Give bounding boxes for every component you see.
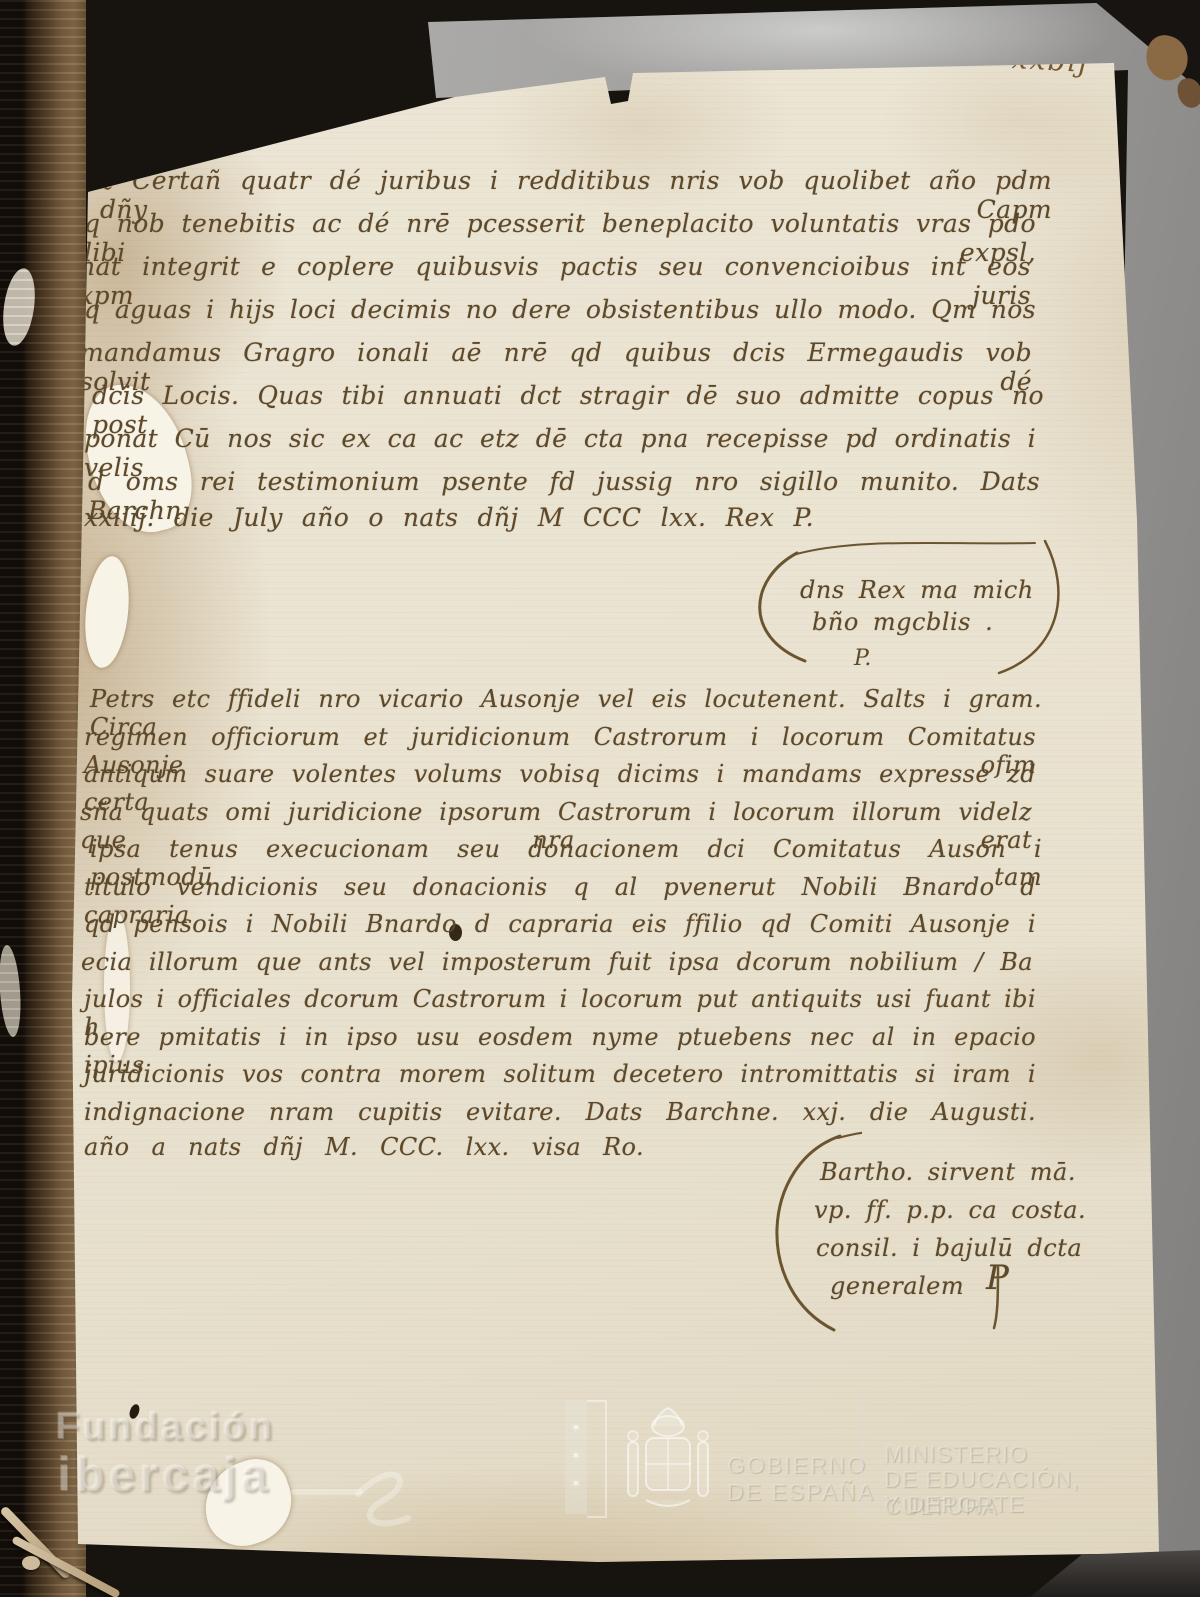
signature-flourish-icon [752,1122,862,1342]
flag-stars-icon: ✶ ✶ ✶ [566,1414,586,1498]
clerk-signature-line: vp. ff. p.p. ca costa. [814,1196,1086,1224]
paragraph-mark: P. [854,646,871,671]
bottom-right-shadow [1030,1550,1200,1597]
paper-loss [80,554,133,670]
ministry-watermark-line3: Y DEPORTE [884,1491,1025,1518]
clerk-signature-line: consil. i bajulū dcta [816,1234,1082,1262]
ibercaja-watermark-line1: Fundación [56,1406,275,1449]
government-watermark-line2: DE ESPAÑA [727,1479,875,1506]
manuscript-line: qd pensois i Nobili Bnardo d capraria ei… [84,910,1036,938]
book-spine [0,0,86,1597]
paraph-flourish-icon [980,1262,1020,1332]
manuscript-line: juridicionis vos contra morem solitum de… [84,1060,1036,1088]
ibercaja-logo-icon [288,1448,418,1528]
flag-bracket-icon [587,1400,607,1518]
clerk-signature-line: generalem [830,1272,964,1300]
manuscript-page: xxbij z Certañ quatr dé juribus i reddit… [0,0,1200,1597]
spain-coat-of-arms-icon [616,1404,720,1516]
government-watermark-line1: GOBIERNO [727,1452,867,1479]
watermark-divider [860,1397,863,1515]
ibercaja-watermark-line2: ibercaja [58,1448,271,1503]
manuscript-line: ecia illorum que ants vel imposterum fui… [81,948,1033,976]
royal-signature-line: bño mgcblis . [812,608,993,636]
manuscript-line: q aguas i hijs loci decimis no dere obsi… [84,295,1036,324]
paper-chip [0,944,23,1037]
manuscript-line: xxiiij. die July año o nats dñj M CCC lx… [84,503,814,532]
ministry-watermark-line1: MINISTERIO [884,1441,1028,1468]
manuscript-line: indignacione nram cupitis evitare. Dats … [84,1098,1036,1126]
manuscript-line: año a nats dñj M. CCC. lxx. visa Ro. [84,1133,644,1161]
binding-cord-knot [22,1556,40,1570]
clerk-signature-line: Bartho. sirvent mā. [820,1158,1076,1186]
paper-chip [0,266,39,347]
royal-signature-line: dns Rex ma mich [800,576,1034,604]
scanned-manuscript-photo: xxbij z Certañ quatr dé juribus i reddit… [0,0,1200,1597]
